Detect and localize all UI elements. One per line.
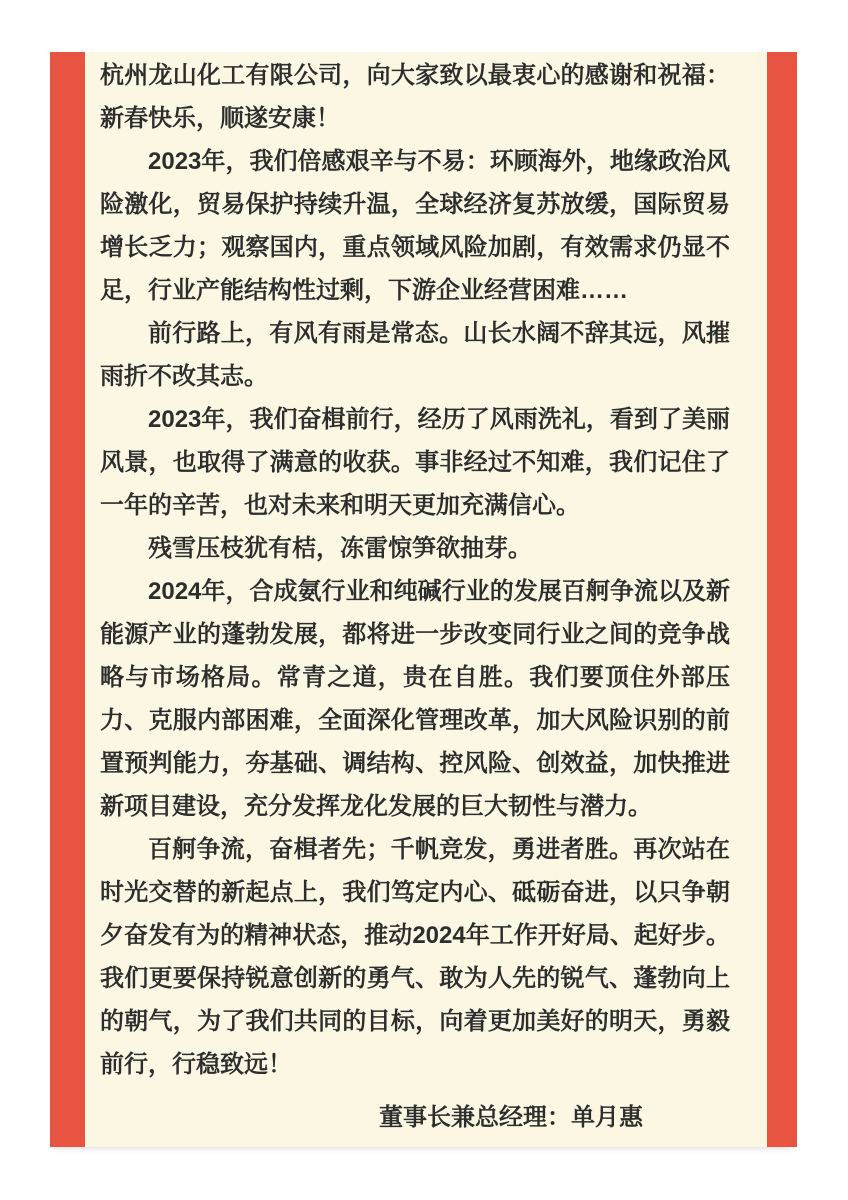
paragraph-2023-achievements: 2023年，我们奋楫前行，经历了风雨洗礼，看到了美丽风景，也取得了满意的收获。事… <box>100 398 730 527</box>
paragraph-journey: 前行路上，有风有雨是常态。山长水阔不辞其远，风摧雨折不改其志。 <box>100 312 730 398</box>
paragraph-2024-outlook: 2024年，合成氨行业和纯碱行业的发展百舸争流以及新能源产业的蓬勃发展，都将进一… <box>100 570 730 828</box>
letter-page: 杭州龙山化工有限公司，向大家致以最衷心的感谢和祝福：新春快乐，顺遂安康！ 202… <box>50 52 797 1147</box>
paragraph-greeting: 杭州龙山化工有限公司，向大家致以最衷心的感谢和祝福：新春快乐，顺遂安康！ <box>100 54 730 140</box>
paragraph-2023-review: 2023年，我们倍感艰辛与不易：环顾海外，地缘政治风险激化，贸易保护持续升温，全… <box>100 140 730 312</box>
letter-body: 杭州龙山化工有限公司，向大家致以最衷心的感谢和祝福：新春快乐，顺遂安康！ 202… <box>85 52 767 1147</box>
right-accent-bar <box>767 52 797 1147</box>
left-accent-bar <box>50 52 85 1147</box>
paragraph-closing: 百舸争流，奋楫者先；千帆竞发，勇进者胜。再次站在时光交替的新起点上，我们笃定内心… <box>100 828 730 1086</box>
signature-line: 董事长兼总经理：单月惠 <box>100 1096 730 1139</box>
paragraph-poem: 残雪压枝犹有桔，冻雷惊笋欲抽芽。 <box>100 527 730 570</box>
